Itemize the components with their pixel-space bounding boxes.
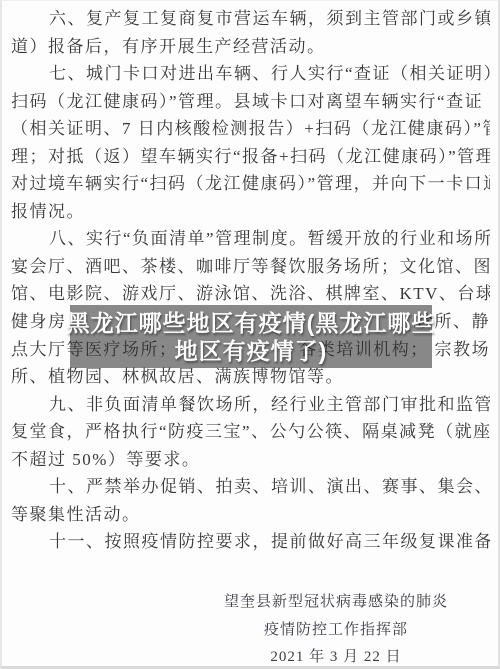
notice-line: 八、实行“负面清单”管理制度。暂缓开放的行业和场所： (11, 225, 490, 253)
notice-line-left-fragment: 健身房 (11, 308, 67, 336)
signature-date: 2021 年 3 月 22 日 (180, 644, 492, 669)
notice-line: 馆、电影院、游戏厅、游泳馆、洗浴、棋牌室、KTV、台球室、 (11, 280, 490, 308)
signature-block: 望奎县新型冠状病毒感染的肺炎 疫情防控工作指挥部 2021 年 3 月 22 日 (180, 589, 492, 669)
notice-line: 扫码（龙江健康码）”管理。县域卡口对离望车辆实行“查证 (11, 88, 490, 116)
notice-line: 不超过 50%）等要求。 (11, 446, 490, 474)
notice-line: 六、复产复工复商复市营运车辆，须到主管部门或乡镇（街 (11, 5, 490, 33)
notice-line: 七、城门卡口对进出车辆、行人实行“查证（相关证明）+ (11, 60, 490, 88)
notice-line: 九、非负面清单餐饮场所，经行业主管部门审批和监管下恢 (11, 391, 490, 419)
notice-line: 理；对抵（返）望车辆实行“报备+扫码（龙江健康码）”管理； (11, 143, 490, 171)
caption-title-line-1: 黑龙江哪些地区有疫情(黑龙江哪些 (67, 309, 436, 337)
notice-line: 报情况。 (11, 198, 490, 226)
notice-line: 十、严禁举办促销、拍卖、培训、演出、赛事、集会、庆典 (11, 473, 490, 501)
notice-body-text: 六、复产复工复商复市营运车辆，须到主管部门或乡镇（街道）报备后，有序开展生产经营… (11, 5, 490, 556)
notice-line: 宴会厅、酒吧、茶楼、咖啡厅等餐饮服务场所；文化馆、图书 (11, 253, 490, 281)
notice-line: 等聚集性活动。 (11, 501, 490, 529)
signature-issuer-line-2: 疫情防控工作指挥部 (180, 617, 492, 645)
notice-line: （相关证明、7 日内核酸检测报告）+扫码（龙江健康码）”管 (11, 115, 490, 143)
notice-line: 对过境车辆实行“扫码（龙江健康码）”管理，并向下一卡口通 (11, 170, 490, 198)
scanned-notice-page: 六、复产复工复商复市营运车辆，须到主管部门或乡镇（街道）报备后，有序开展生产经营… (0, 0, 500, 669)
signature-issuer-line-1: 望奎县新型冠状病毒感染的肺炎 (180, 589, 492, 617)
notice-line: 十一、按照疫情防控要求，提前做好高三年级复课准备。 (11, 528, 490, 556)
caption-title-line-2: 地区有疫情了) (175, 337, 328, 365)
notice-line: 道）报备后，有序开展生产经营活动。 (11, 33, 490, 61)
notice-line: 复堂食，严格执行“防疫三宝”、公勺公筷、隔桌减凳（就座率 (11, 418, 490, 446)
caption-overlay-banner: 黑龙江哪些地区有疫情(黑龙江哪些 地区有疫情了) (70, 305, 432, 368)
